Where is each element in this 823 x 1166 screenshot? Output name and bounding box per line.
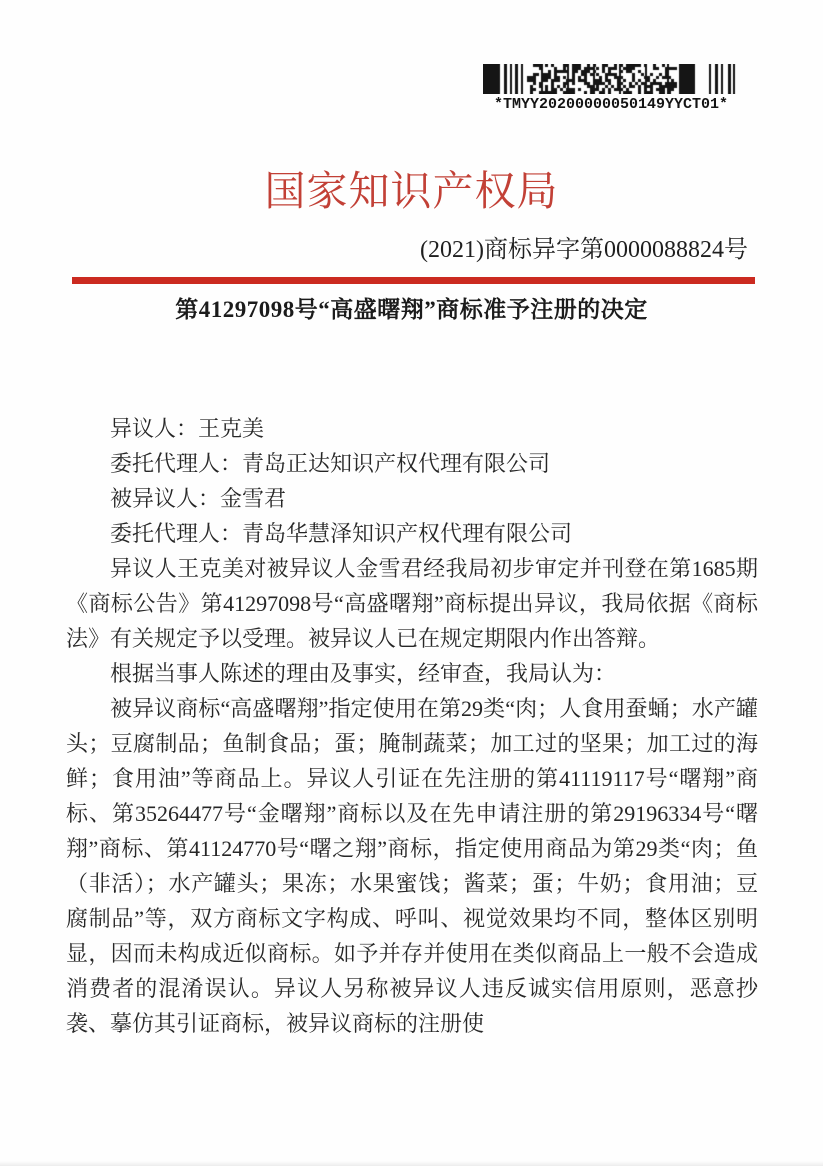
document-body: 异议人：王克美 委托代理人：青岛正达知识产权代理有限公司 被异议人：金雪君 委托… xyxy=(66,411,758,1041)
body-paragraph-finding-lead: 根据当事人陈述的理由及事实，经审查，我局认为： xyxy=(66,656,758,691)
decision-title: 第41297098号“高盛曙翔”商标准予注册的决定 xyxy=(0,291,823,324)
red-divider xyxy=(72,277,755,284)
barcode-text: *TMYY20200000050149YYCT01* xyxy=(483,96,739,113)
issuing-authority-title: 国家知识产权局 xyxy=(0,158,823,217)
party-line-opposed: 被异议人：金雪君 xyxy=(66,481,758,516)
barcode: *TMYY20200000050149YYCT01* xyxy=(483,64,739,113)
document-number: (2021)商标异字第0000088824号 xyxy=(420,229,748,264)
document-page: *TMYY20200000050149YYCT01* 国家知识产权局 (2021… xyxy=(0,0,823,1166)
barcode-image xyxy=(483,64,739,94)
party-line-opposed-agent: 委托代理人：青岛华慧泽知识产权代理有限公司 xyxy=(66,516,758,551)
party-line-opponent: 异议人：王克美 xyxy=(66,411,758,446)
body-paragraph-case-intro: 异议人王克美对被异议人金雪君经我局初步审定并刊登在第1685期《商标公告》第41… xyxy=(66,551,758,656)
party-line-opponent-agent: 委托代理人：青岛正达知识产权代理有限公司 xyxy=(66,446,758,481)
body-paragraph-analysis: 被异议商标“高盛曙翔”指定使用在第29类“肉；人食用蚕蛹；水产罐头；豆腐制品；鱼… xyxy=(66,691,758,1041)
